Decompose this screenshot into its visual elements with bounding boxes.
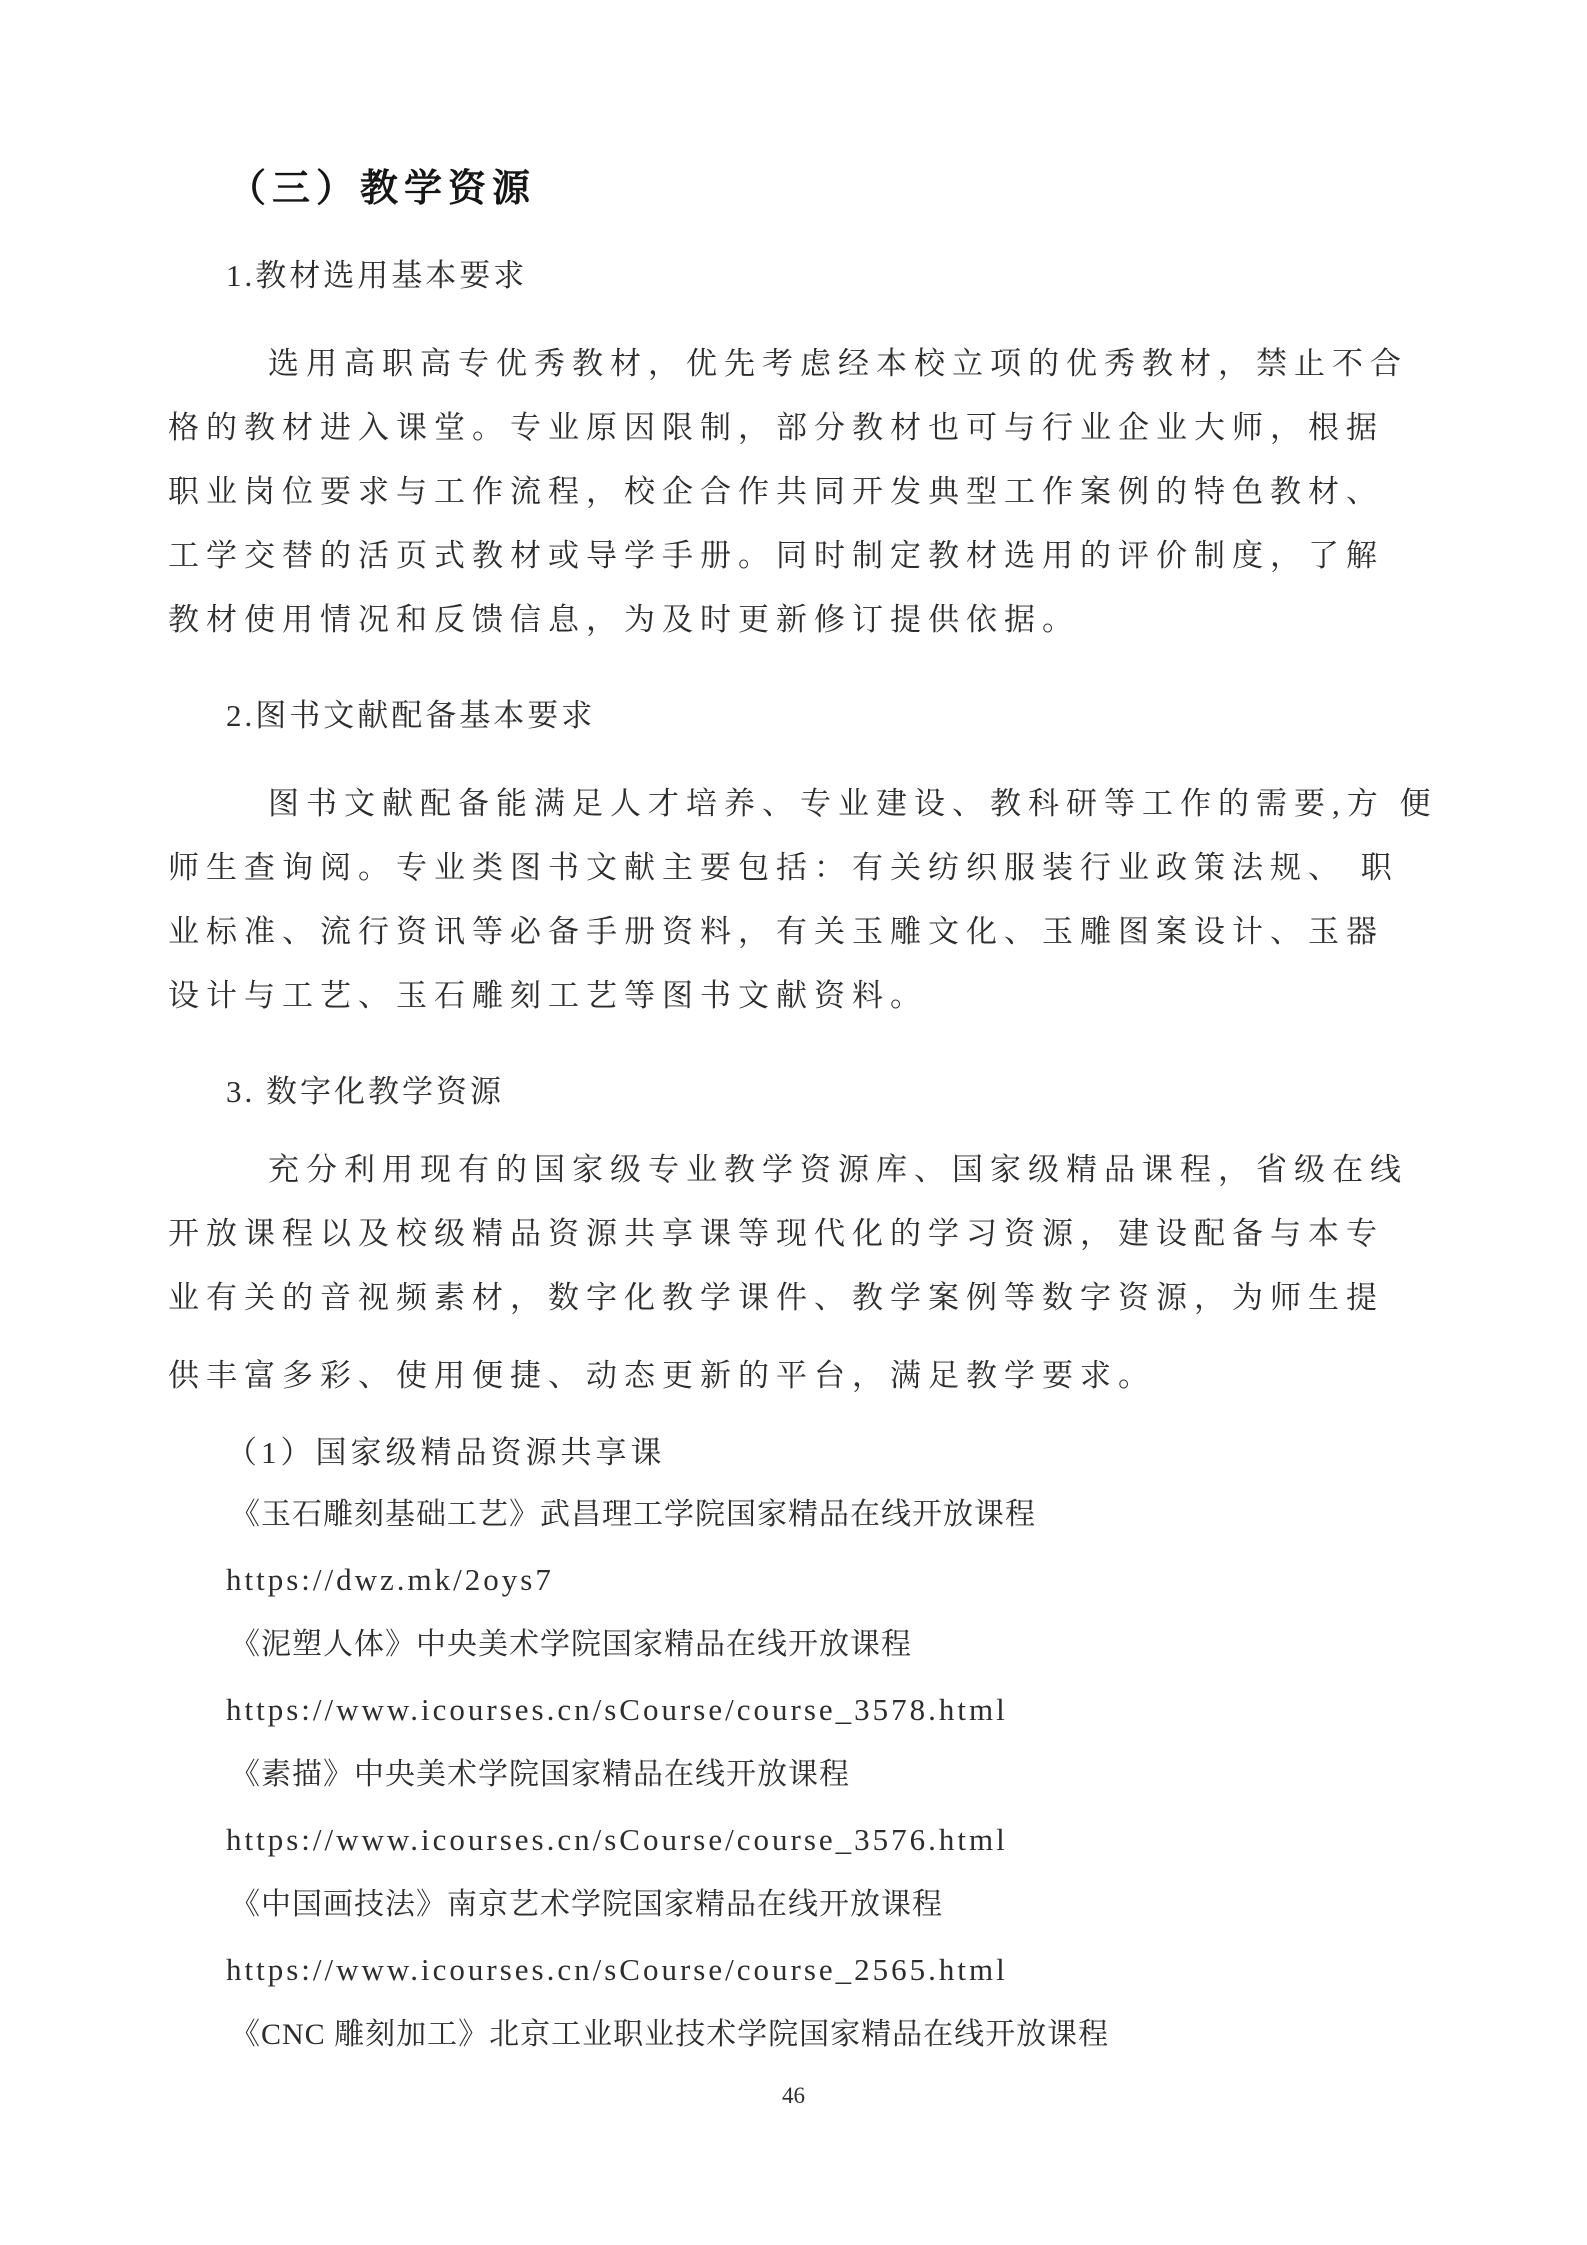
paragraph-line: 教材使用情况和反馈信息，为及时更新修订提供依据。 [168,588,1427,652]
subsection-title-3: 3. 数字化教学资源 [226,1070,1427,1114]
paragraph-line: 充分利用现有的国家级专业教学资源库、国家级精品课程，省级在线 [168,1138,1427,1202]
paragraph-line: 图书文献配备能满足人才培养、专业建设、教科研等工作的需要,方 便 [168,772,1427,836]
resource-list-header: （1）国家级精品资源共享课 [226,1430,1427,1476]
course-title: 《玉石雕刻基础工艺》武昌理工学院国家精品在线开放课程 [230,1482,1427,1547]
course-url: https://www.icourses.cn/sCourse/course_2… [226,1937,1427,2002]
subsection-title-1: 1.教材选用基本要求 [226,254,1427,298]
paragraph-line: 设计与工艺、玉石雕刻工艺等图书文献资料。 [168,964,1427,1028]
course-url: https://www.icourses.cn/sCourse/course_3… [226,1807,1427,1872]
paragraph-line: 职业岗位要求与工作流程，校企合作共同开发典型工作案例的特色教材、 [168,460,1427,524]
course-title: 《素描》中央美术学院国家精品在线开放课程 [230,1742,1427,1807]
document-content: （三）教学资源 1.教材选用基本要求 选用高职高专优秀教材，优先考虑经本校立项的… [0,0,1587,2067]
paragraph-line: 师生查询阅。专业类图书文献主要包括：有关纺织服装行业政策法规、 职 [168,836,1427,900]
course-url: https://www.icourses.cn/sCourse/course_3… [226,1677,1427,1742]
paragraph-3: 充分利用现有的国家级专业教学资源库、国家级精品课程，省级在线 开放课程以及校级精… [168,1138,1427,1408]
document-page: （三）教学资源 1.教材选用基本要求 选用高职高专优秀教材，优先考虑经本校立项的… [0,0,1587,2245]
paragraph-line: 业有关的音视频素材，数字化教学课件、教学案例等数字资源，为师生提 [168,1266,1427,1330]
subsection-title-2: 2.图书文献配备基本要求 [226,694,1427,738]
paragraph-line: 业标准、流行资讯等必备手册资料，有关玉雕文化、玉雕图案设计、玉器 [168,900,1427,964]
paragraph-1: 选用高职高专优秀教材，优先考虑经本校立项的优秀教材，禁止不合 格的教材进入课堂。… [168,332,1427,652]
paragraph-line: 格的教材进入课堂。专业原因限制，部分教材也可与行业企业大师，根据 [168,396,1427,460]
paragraph-line: 开放课程以及校级精品资源共享课等现代化的学习资源，建设配备与本专 [168,1202,1427,1266]
section-heading: （三）教学资源 [228,166,1427,212]
resource-list: 《玉石雕刻基础工艺》武昌理工学院国家精品在线开放课程 https://dwz.m… [168,1482,1427,2067]
paragraph-2: 图书文献配备能满足人才培养、专业建设、教科研等工作的需要,方 便 师生查询阅。专… [168,772,1427,1028]
course-title: 《CNC 雕刻加工》北京工业职业技术学院国家精品在线开放课程 [230,2002,1427,2067]
course-title: 《中国画技法》南京艺术学院国家精品在线开放课程 [230,1872,1427,1937]
paragraph-line: 工学交替的活页式教材或导学手册。同时制定教材选用的评价制度，了解 [168,524,1427,588]
course-title: 《泥塑人体》中央美术学院国家精品在线开放课程 [230,1612,1427,1677]
paragraph-line: 选用高职高专优秀教材，优先考虑经本校立项的优秀教材，禁止不合 [168,332,1427,396]
paragraph-line: 供丰富多彩、使用便捷、动态更新的平台，满足教学要求。 [168,1344,1427,1408]
page-number: 46 [0,2082,1587,2110]
course-url: https://dwz.mk/2oys7 [226,1547,1427,1612]
